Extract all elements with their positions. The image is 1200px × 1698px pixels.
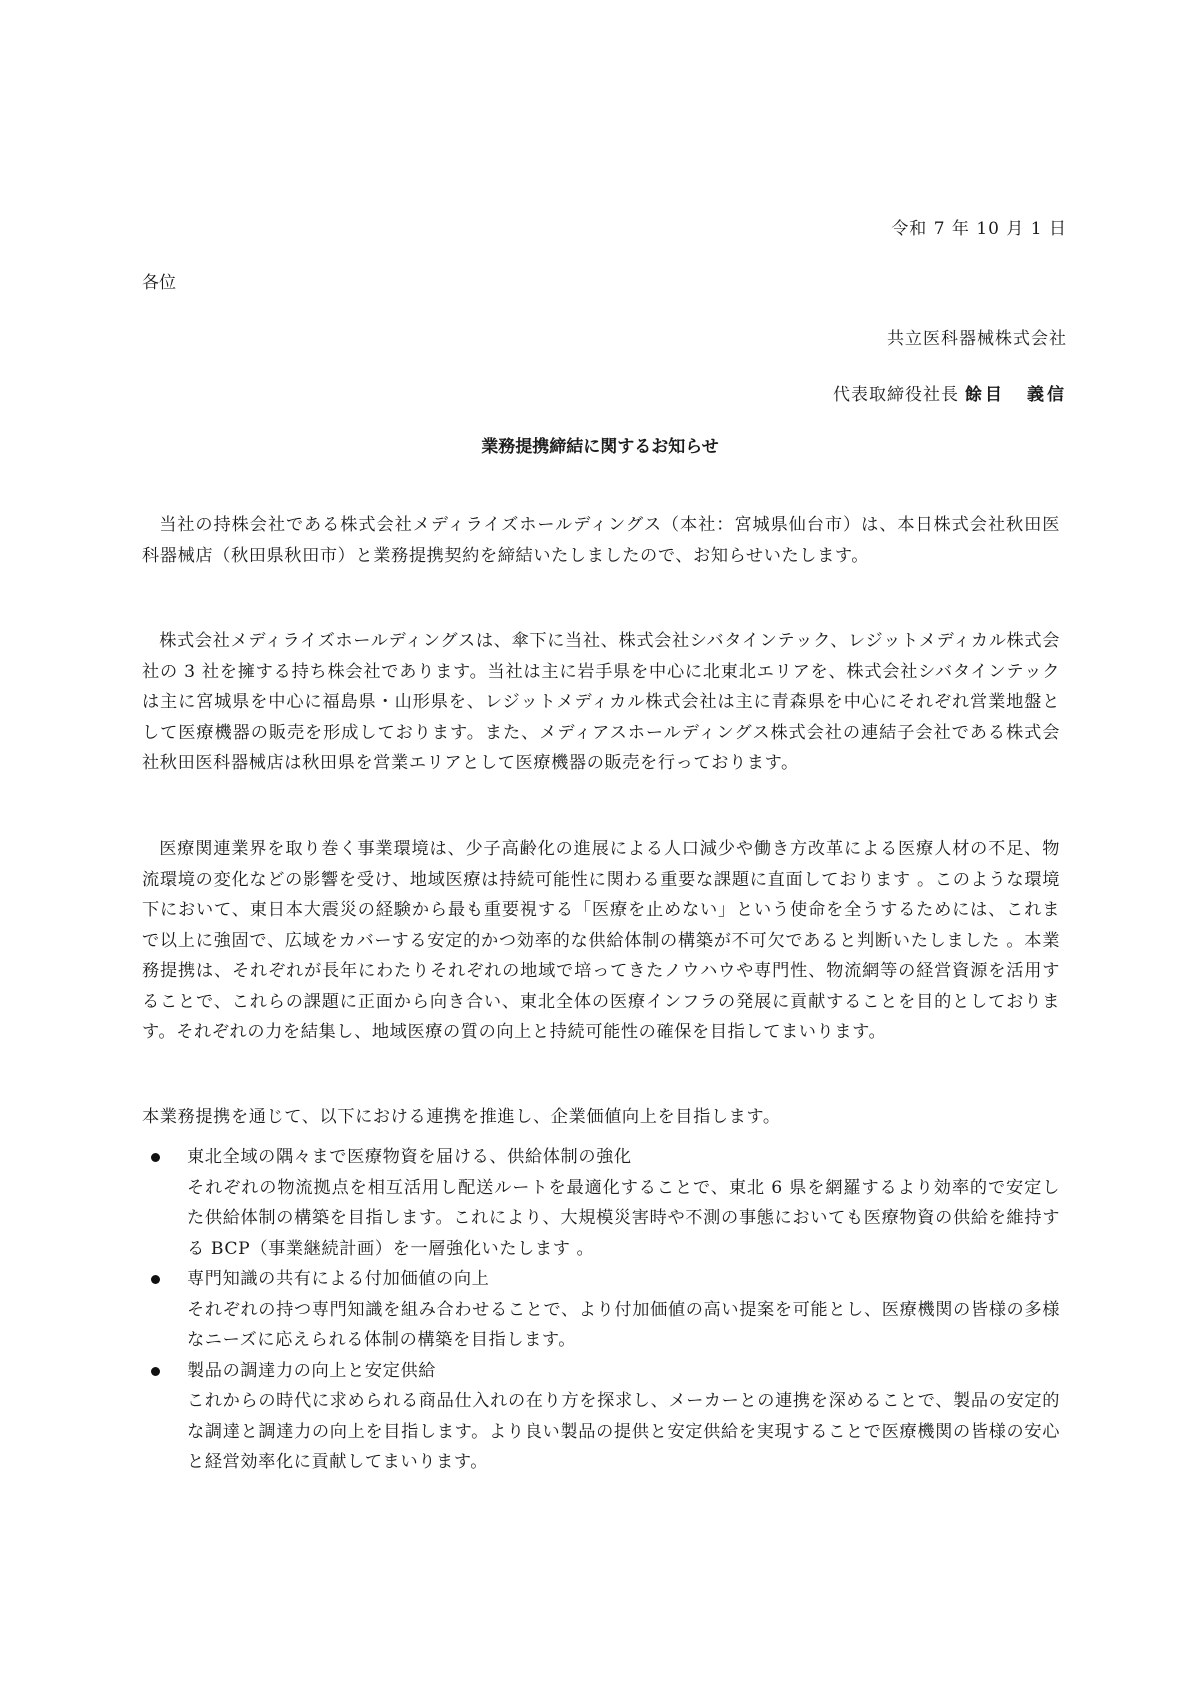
- addressee: 各位: [142, 268, 176, 293]
- issue-date: 令和 7 年 10 月 1 日: [891, 214, 1067, 239]
- paragraph-background: 医療関連業界を取り巻く事業環境は、少子高齢化の進展による人口減少や働き方改革によ…: [142, 834, 1060, 1048]
- list-item: 製品の調達力の向上と安定供給 これからの時代に求められる商品仕入れの在り方を探求…: [142, 1356, 1060, 1478]
- bullet-icon: [151, 1153, 160, 1162]
- list-item: 東北全域の隅々まで医療物資を届ける、供給体制の強化 それぞれの物流拠点を相互活用…: [142, 1142, 1060, 1264]
- paragraph-objectives-intro: 本業務提携を通じて、以下における連携を推進し、企業価値向上を目指します。: [142, 1102, 1060, 1133]
- list-item-heading: 専門知識の共有による付加価値の向上: [187, 1269, 489, 1289]
- representative-title: 代表取締役社長: [833, 385, 959, 405]
- document-title: 業務提携締結に関するお知らせ: [0, 432, 1200, 457]
- bullet-icon: [151, 1367, 160, 1376]
- list-item-description: それぞれの物流拠点を相互活用し配送ルートを最適化することで、東北 6 県を網羅す…: [187, 1173, 1060, 1265]
- list-item-heading: 製品の調達力の向上と安定供給: [187, 1361, 436, 1381]
- company-name: 共立医科器械株式会社: [887, 324, 1067, 349]
- objectives-list: 東北全域の隅々まで医療物資を届ける、供給体制の強化 それぞれの物流拠点を相互活用…: [142, 1142, 1060, 1478]
- representative-surname: 餘目: [965, 385, 1005, 405]
- representative-given-name: 義信: [1027, 385, 1067, 405]
- list-item-description: それぞれの持つ専門知識を組み合わせることで、より付加価値の高い提案を可能とし、医…: [187, 1295, 1060, 1356]
- list-item-description: これからの時代に求められる商品仕入れの在り方を探求し、メーカーとの連携を深めるこ…: [187, 1386, 1060, 1478]
- list-item: 専門知識の共有による付加価値の向上 それぞれの持つ専門知識を組み合わせることで、…: [142, 1264, 1060, 1356]
- paragraph-announcement: 当社の持株会社である株式会社メディライズホールディングス（本社：宮城県仙台市）は…: [142, 510, 1060, 571]
- bullet-icon: [151, 1275, 160, 1284]
- representative: 代表取締役社長餘目義信: [833, 380, 1067, 405]
- document-page: 令和 7 年 10 月 1 日 各位 共立医科器械株式会社 代表取締役社長餘目義…: [0, 0, 1200, 1698]
- paragraph-group-structure: 株式会社メディライズホールディングスは、傘下に当社、株式会社シバタインテック、レ…: [142, 626, 1060, 779]
- list-item-heading: 東北全域の隅々まで医療物資を届ける、供給体制の強化: [187, 1147, 632, 1167]
